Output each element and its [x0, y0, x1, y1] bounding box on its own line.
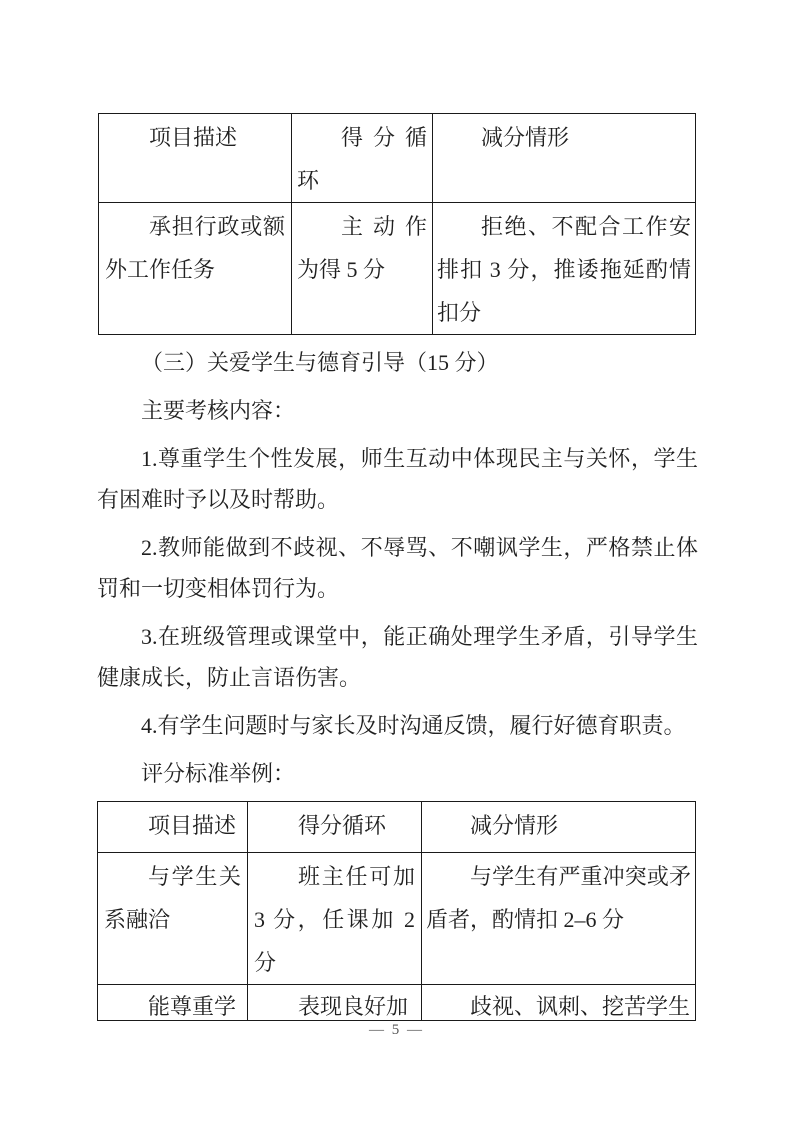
document-content: 项目描述 得分循环 减分情形 承担行政或额外工作任务 主动作为得 5 分 拒绝、…	[97, 113, 698, 1028]
table-cell: 班主任可加 3 分，任课加 2 分	[248, 853, 422, 985]
table-cell: 与学生关系融洽	[98, 853, 248, 985]
table-row: 与学生关系融洽 班主任可加 3 分，任课加 2 分 与学生有严重冲突或矛盾者，酌…	[98, 853, 696, 985]
scoring-example-label: 评分标准举例：	[97, 753, 698, 794]
scoring-table-top: 项目描述 得分循环 减分情形 承担行政或额外工作任务 主动作为得 5 分 拒绝、…	[98, 113, 696, 335]
table-cell: 主动作为得 5 分	[292, 203, 433, 335]
table-cell: 拒绝、不配合工作安排扣 3 分，推诿拖延酌情扣分	[433, 203, 696, 335]
assessment-item-3: 3.在班级管理或课堂中，能正确处理学生矛盾，引导学生健康成长，防止言语伤害。	[97, 616, 698, 698]
section-heading: （三）关爱学生与德育引导（15 分）	[97, 342, 698, 383]
page-number: — 5 —	[0, 1019, 793, 1041]
table-row: 承担行政或额外工作任务 主动作为得 5 分 拒绝、不配合工作安排扣 3 分，推诿…	[99, 203, 696, 335]
table-cell: 与学生有严重冲突或矛盾者，酌情扣 2–6 分	[422, 853, 696, 985]
table-header-row: 项目描述 得分循环 减分情形	[99, 114, 696, 203]
table-cell: 承担行政或额外工作任务	[99, 203, 292, 335]
table-header-cell: 得分循环	[292, 114, 433, 203]
table-header-cell: 得分循环	[248, 802, 422, 853]
assessment-content-label: 主要考核内容：	[97, 390, 698, 431]
table-cell: 歧视、讽刺、挖苦学生	[422, 985, 696, 1021]
table-cell: 表现良好加	[248, 985, 422, 1021]
document-page: 项目描述 得分循环 减分情形 承担行政或额外工作任务 主动作为得 5 分 拒绝、…	[0, 0, 793, 1122]
table-header-cell: 减分情形	[422, 802, 696, 853]
table-header-cell: 项目描述	[99, 114, 292, 203]
table-header-cell: 减分情形	[433, 114, 696, 203]
assessment-item-1: 1.尊重学生个性发展，师生互动中体现民主与关怀，学生有困难时予以及时帮助。	[97, 438, 698, 520]
table-header-cell: 项目描述	[98, 802, 248, 853]
assessment-item-2: 2.教师能做到不歧视、不辱骂、不嘲讽学生，严格禁止体罚和一切变相体罚行为。	[97, 527, 698, 609]
assessment-item-4: 4.有学生问题时与家长及时沟通反馈，履行好德育职责。	[97, 705, 698, 746]
table-cell: 能尊重学	[98, 985, 248, 1021]
table-row-clipped: 能尊重学 表现良好加 歧视、讽刺、挖苦学生	[98, 985, 696, 1021]
table-header-row: 项目描述 得分循环 减分情形	[98, 802, 696, 853]
scoring-table-bottom: 项目描述 得分循环 减分情形 与学生关系融洽 班主任可加 3 分，任课加 2 分…	[97, 801, 696, 1021]
